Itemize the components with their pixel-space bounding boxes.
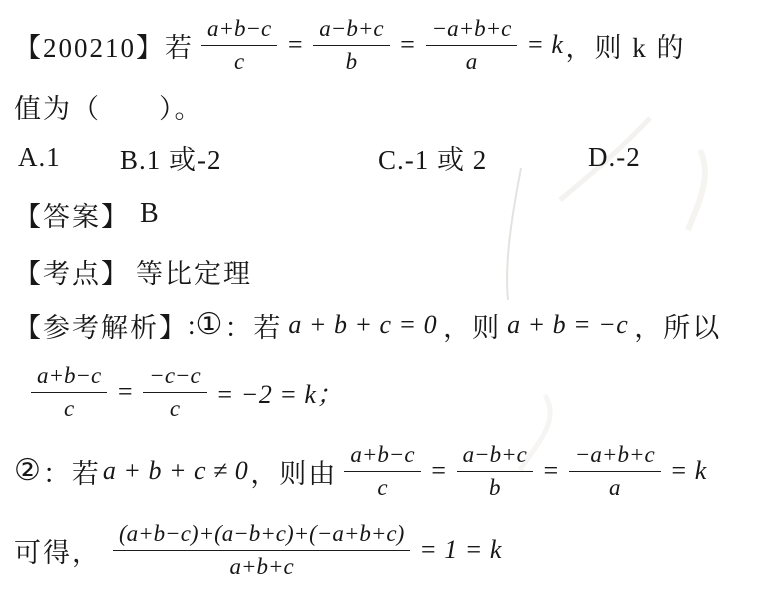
case1-text3: ，所以 [634,306,721,345]
fraction-2: a−b+c b [457,441,533,501]
case1-result: = −2 = k； [216,374,343,411]
conclusion-lead: 可得， [14,531,101,570]
fraction-1: a+b−c c [344,441,420,501]
fraction-numerator: a+b−c [31,362,107,393]
fraction-denominator: c [377,472,387,502]
case2-text1: ：若 [43,452,101,491]
analysis-case1-line: 【参考解析】 : ① ：若 a + b + c = 0 ，则 a + b = −… [14,300,721,350]
problem-tag: 【200210】若 [14,26,194,65]
problem-tail: ，则 k 的 [565,26,685,65]
fraction-numerator: −a+b+c [426,15,518,46]
case2-text2: ，则由 [250,452,337,491]
fraction-numerator: −a+b+c [569,441,661,472]
fraction-numerator: (a+b−c)+(a−b+c)+(−a+b+c) [113,520,410,551]
case1-deduction: a + b = −c [507,310,628,340]
answer-blank-text: 值为（ ）。 [14,87,204,126]
fraction-3: −a+b+c a [426,15,518,75]
equals-sign: = [542,456,560,486]
fraction-denominator: c [64,393,74,423]
case2-marker-icon: ② [14,456,41,486]
conclusion-result: = 1 = k [419,535,502,565]
fraction-numerator: a+b−c [344,441,420,472]
topic-label: 【考点】 [14,252,130,291]
fraction-denominator: c [170,393,180,423]
analysis-case2-line: ② ：若 a + b + c ≠ 0 ，则由 a+b−c c = a−b+c b… [14,430,709,512]
equals-k: = k [526,30,563,60]
conclusion-line: 可得， (a+b−c)+(a−b+c)+(−a+b+c) a+b+c = 1 =… [14,508,504,592]
case1-computation-line: a+b−c c = −c−c c = −2 = k； [24,352,345,432]
equals-sign: = [116,377,134,407]
fraction-2: a−b+c b [313,15,389,75]
topic-value: 等比定理 [136,252,252,291]
options-row: A.1 B.1 或-2 C.-1 或 2 D.-2 [0,138,770,176]
fraction-numerator: a+b−c [201,15,277,46]
analysis-label: 【参考解析】 [14,306,188,345]
fraction-denominator: b [346,46,358,76]
fraction-denominator: b [489,472,501,502]
problem-statement-line1: 【200210】若 a+b−c c = a−b+c b = −a+b+c a =… [14,6,685,84]
fraction-denominator: a [466,46,478,76]
case1-condition: a + b + c = 0 [288,310,437,340]
problem-statement-line2: 值为（ ）。 [14,86,204,126]
option-a: A.1 [18,142,61,173]
fraction-denominator: a [609,472,621,502]
equals-sign: = [399,30,417,60]
fraction-1: a+b−c c [31,362,107,422]
case1-marker-icon: ① [196,310,223,340]
equals-sign: = [430,456,448,486]
case2-result: = k [670,456,707,486]
option-c: C.-1 或 2 [378,138,487,177]
topic-line: 【考点】 等比定理 [14,248,252,294]
option-d: D.-2 [588,142,641,173]
answer-label: 【答案】 [14,195,130,234]
answer-value: B [140,198,159,230]
scanned-math-worksheet: { "colors": { "background": "#ffffff", "… [0,0,770,594]
case1-text1: ：若 [224,306,282,345]
conclusion-fraction: (a+b−c)+(a−b+c)+(−a+b+c) a+b+c [113,520,410,580]
fraction-numerator: a−b+c [313,15,389,46]
option-b: B.1 或-2 [120,138,222,177]
fraction-numerator: −c−c [143,362,206,393]
case2-condition: a + b + c ≠ 0 [103,456,248,486]
analysis-colon: : [188,310,196,341]
fraction-denominator: c [234,46,244,76]
fraction-numerator: a−b+c [457,441,533,472]
case1-text2: ，则 [443,306,501,345]
equals-sign: = [286,30,304,60]
fraction-2: −c−c c [143,362,206,422]
fraction-denominator: a+b+c [230,551,294,581]
fraction-1: a+b−c c [201,15,277,75]
answer-line: 【答案】 B [14,192,159,236]
fraction-3: −a+b+c a [569,441,661,501]
